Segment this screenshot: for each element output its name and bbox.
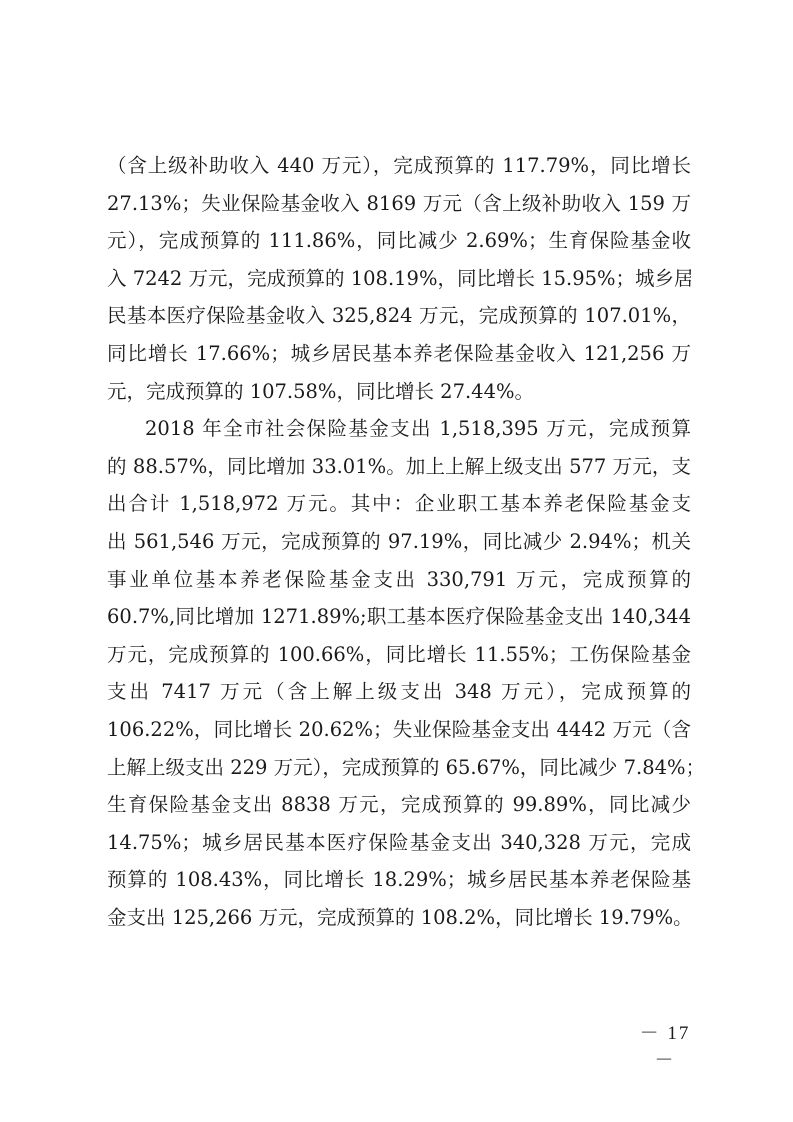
document-page: （含上级补助收入 440 万元），完成预算的 117.79%，同比增长 27.1… (0, 0, 793, 1122)
text-line: 出 561,546 万元，完成预算的 97.19%，同比减少 2.94%；机关 (107, 523, 691, 561)
text-line: 万元，完成预算的 100.66%，同比增长 11.55%；工伤保险基金 (107, 636, 691, 674)
text-line: 入 7242 万元，完成预算的 108.19%，同比增长 15.95%；城乡居 (107, 260, 691, 298)
text-line: 106.22%，同比增长 20.62%；失业保险基金支出 4442 万元（含 (107, 711, 691, 749)
text-line: 的 88.57%，同比增加 33.01%。加上上解上级支出 577 万元，支 (107, 448, 691, 486)
text-line: 60.7%,同比增加 1271.89%;职工基本医疗保险基金支出 140,344 (107, 598, 691, 636)
text-line: 支出 7417 万元（含上解上级支出 348 万元），完成预算的 (107, 673, 691, 711)
page-number: － 17 － (630, 1018, 700, 1072)
text-line: 预算的 108.43%，同比增长 18.29%；城乡居民基本养老保险基 (107, 861, 691, 899)
text-line: 元，完成预算的 107.58%，同比增长 27.44%。 (107, 373, 691, 411)
text-line: 同比增长 17.66%；城乡居民基本养老保险基金收入 121,256 万 (107, 335, 691, 373)
text-line: 出合计 1,518,972 万元。其中：企业职工基本养老保险基金支 (107, 485, 691, 523)
text-line: 2018 年全市社会保险基金支出 1,518,395 万元，完成预算 (107, 410, 691, 448)
text-line: 上解上级支出 229 万元），完成预算的 65.67%，同比减少 7.84%； (107, 749, 691, 787)
text-line: 27.13%；失业保险基金收入 8169 万元（含上级补助收入 159 万 (107, 185, 691, 223)
text-line: 事业单位基本养老保险基金支出 330,791 万元，完成预算的 (107, 561, 691, 599)
text-line: （含上级补助收入 440 万元），完成预算的 117.79%，同比增长 (107, 147, 691, 185)
text-line: 元），完成预算的 111.86%，同比减少 2.69%；生育保险基金收 (107, 222, 691, 260)
text-line: 金支出 125,266 万元，完成预算的 108.2%，同比增长 19.79%。 (107, 899, 691, 937)
paragraph-income-continued: （含上级补助收入 440 万元），完成预算的 117.79%，同比增长 27.1… (107, 147, 691, 410)
text-line: 生育保险基金支出 8838 万元，完成预算的 99.89%，同比减少 (107, 786, 691, 824)
text-line: 14.75%；城乡居民基本医疗保险基金支出 340,328 万元，完成 (107, 824, 691, 862)
body-text: （含上级补助收入 440 万元），完成预算的 117.79%，同比增长 27.1… (107, 147, 691, 936)
text-line: 民基本医疗保险基金收入 325,824 万元，完成预算的 107.01%， (107, 297, 691, 335)
paragraph-expenditure: 2018 年全市社会保险基金支出 1,518,395 万元，完成预算 的 88.… (107, 410, 691, 936)
